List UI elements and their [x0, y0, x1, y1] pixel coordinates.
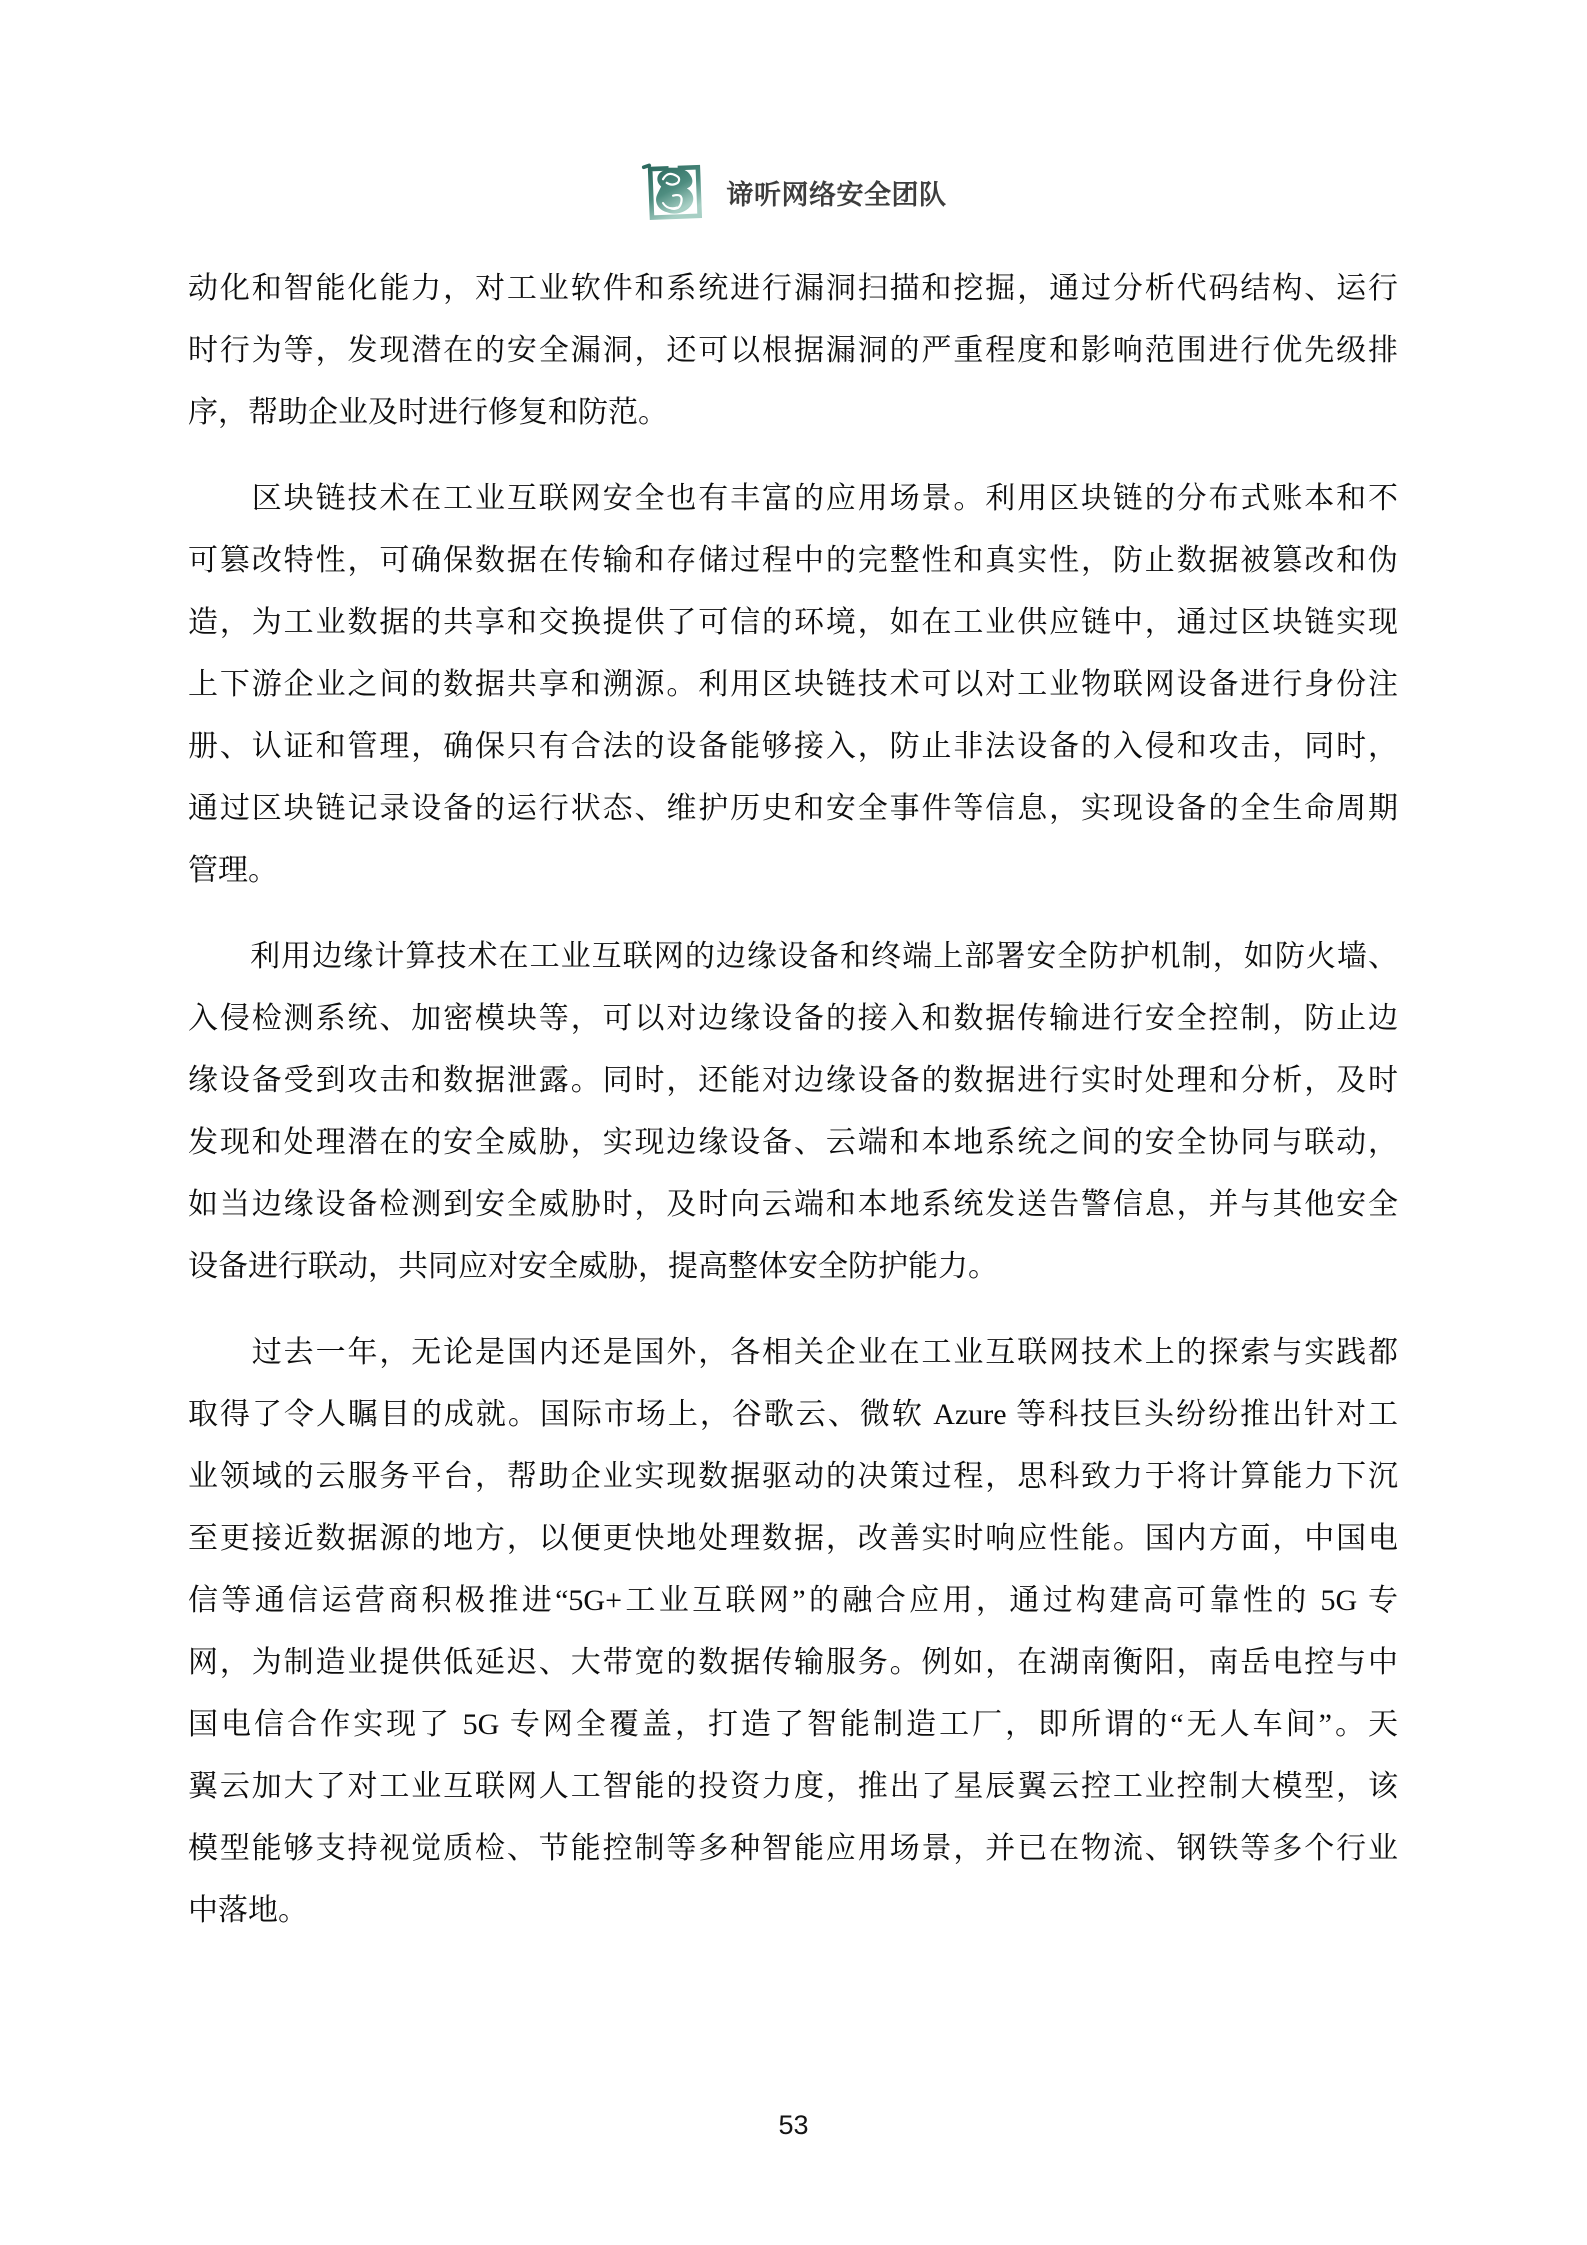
- text-line: 动化和智能化能力，对工业软件和系统进行漏洞扫描和挖掘，通过分析代码结构、运行: [188, 258, 1398, 320]
- text-line: 发现和处理潜在的安全威胁，实现边缘设备、云端和本地系统之间的安全协同与联动，: [188, 1112, 1398, 1174]
- paragraph: 区块链技术在工业互联网安全也有丰富的应用场景。利用区块链的分布式账本和不可篡改特…: [188, 468, 1398, 902]
- text-line: 区块链技术在工业互联网安全也有丰富的应用场景。利用区块链的分布式账本和不: [188, 468, 1398, 530]
- text-line: 可篡改特性，可确保数据在传输和存储过程中的完整性和真实性，防止数据被篡改和伪: [188, 530, 1398, 592]
- text-line: 至更接近数据源的地方，以便更快地处理数据，改善实时响应性能。国内方面，中国电: [188, 1508, 1398, 1570]
- text-line: 信等通信运营商积极推进“5G+工业互联网”的融合应用，通过构建高可靠性的 5G …: [188, 1570, 1398, 1632]
- text-line: 序，帮助企业及时进行修复和防范。: [188, 382, 1398, 444]
- diting-seal-icon: [641, 159, 707, 225]
- text-line: 时行为等，发现潜在的安全漏洞，还可以根据漏洞的严重程度和影响范围进行优先级排: [188, 320, 1398, 382]
- text-line: 上下游企业之间的数据共享和溯源。利用区块链技术可以对工业物联网设备进行身份注: [188, 654, 1398, 716]
- text-line: 业领域的云服务平台，帮助企业实现数据驱动的决策过程，思科致力于将计算能力下沉: [188, 1446, 1398, 1508]
- text-line: 造，为工业数据的共享和交换提供了可信的环境，如在工业供应链中，通过区块链实现: [188, 592, 1398, 654]
- page-number: 53: [0, 2110, 1587, 2141]
- text-line: 取得了令人瞩目的成就。国际市场上，谷歌云、微软 Azure 等科技巨头纷纷推出针…: [188, 1384, 1398, 1446]
- text-line: 册、认证和管理，确保只有合法的设备能够接入，防止非法设备的入侵和攻击，同时，: [188, 716, 1398, 778]
- text-line: 国电信合作实现了 5G 专网全覆盖，打造了智能制造工厂，即所谓的“无人车间”。天: [188, 1694, 1398, 1756]
- document-page: 谛听网络安全团队 动化和智能化能力，对工业软件和系统进行漏洞扫描和挖掘，通过分析…: [0, 0, 1587, 2245]
- text-line: 缘设备受到攻击和数据泄露。同时，还能对边缘设备的数据进行实时处理和分析，及时: [188, 1050, 1398, 1112]
- page-header: 谛听网络安全团队: [0, 156, 1587, 228]
- text-line: 设备进行联动，共同应对安全威胁，提高整体安全防护能力。: [188, 1236, 1398, 1298]
- text-line: 通过区块链记录设备的运行状态、维护历史和安全事件等信息，实现设备的全生命周期: [188, 778, 1398, 840]
- text-line: 翼云加大了对工业互联网人工智能的投资力度，推出了星辰翼云控工业控制大模型，该: [188, 1756, 1398, 1818]
- text-line: 中落地。: [188, 1880, 1398, 1942]
- paragraph: 动化和智能化能力，对工业软件和系统进行漏洞扫描和挖掘，通过分析代码结构、运行时行…: [188, 258, 1398, 444]
- text-line: 如当边缘设备检测到安全威胁时，及时向云端和本地系统发送告警信息，并与其他安全: [188, 1174, 1398, 1236]
- paragraph: 过去一年，无论是国内还是国外，各相关企业在工业互联网技术上的探索与实践都取得了令…: [188, 1322, 1398, 1942]
- paragraph: 利用边缘计算技术在工业互联网的边缘设备和终端上部署安全防护机制，如防火墙、入侵检…: [188, 926, 1398, 1298]
- text-line: 模型能够支持视觉质检、节能控制等多种智能应用场景，并已在物流、钢铁等多个行业: [188, 1818, 1398, 1880]
- document-body: 动化和智能化能力，对工业软件和系统进行漏洞扫描和挖掘，通过分析代码结构、运行时行…: [188, 258, 1398, 1942]
- text-line: 入侵检测系统、加密模块等，可以对边缘设备的接入和数据传输进行安全控制，防止边: [188, 988, 1398, 1050]
- text-line: 过去一年，无论是国内还是国外，各相关企业在工业互联网技术上的探索与实践都: [188, 1322, 1398, 1384]
- text-line: 网，为制造业提供低延迟、大带宽的数据传输服务。例如，在湖南衡阳，南岳电控与中: [188, 1632, 1398, 1694]
- text-line: 利用边缘计算技术在工业互联网的边缘设备和终端上部署安全防护机制，如防火墙、: [188, 926, 1398, 988]
- team-name: 谛听网络安全团队: [727, 173, 947, 212]
- text-line: 管理。: [188, 840, 1398, 902]
